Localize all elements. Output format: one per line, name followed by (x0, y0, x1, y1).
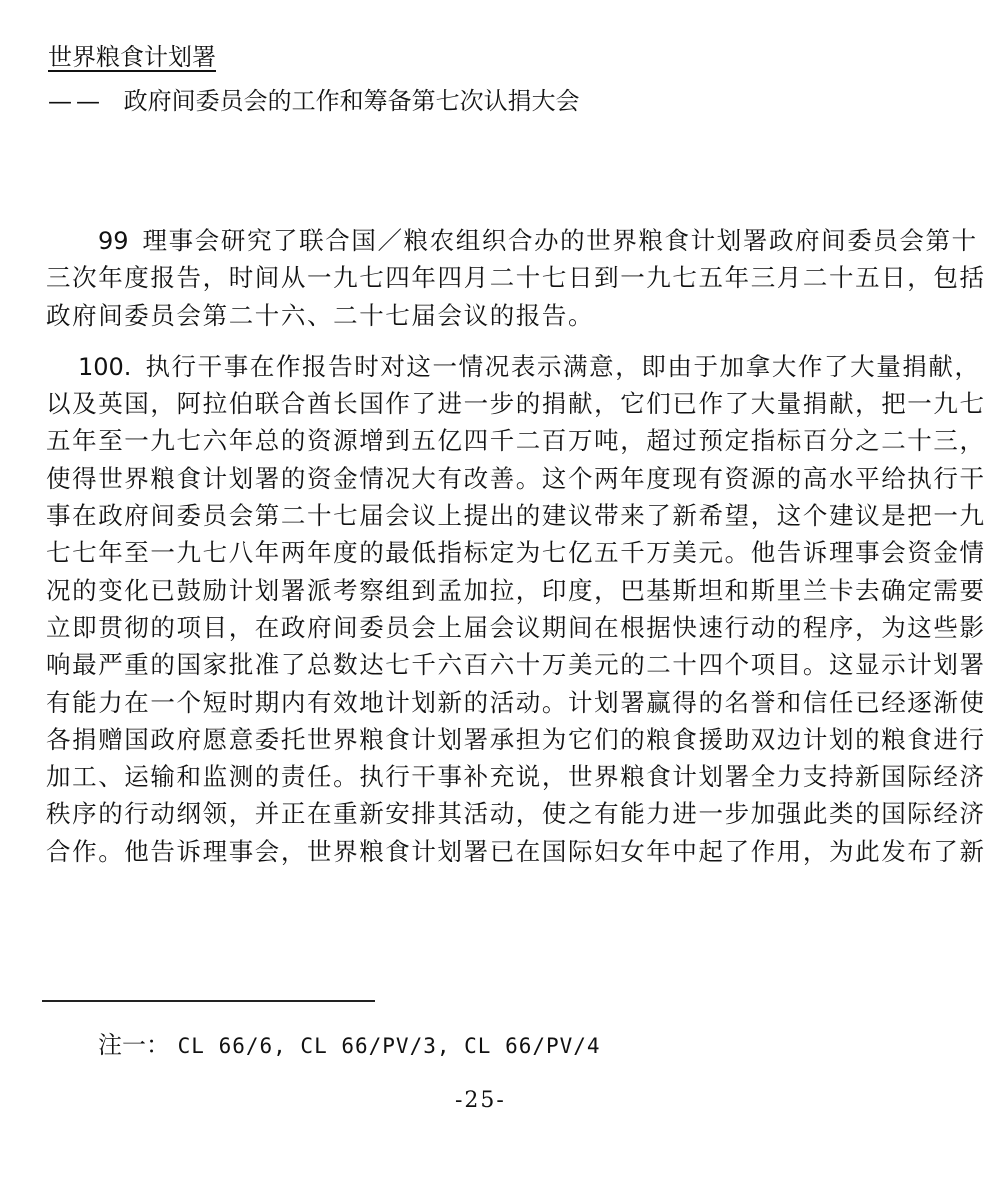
paragraph-100-line: 响最严重的国家批准了总数达七千六百六十万美元的二十四个项目。这显示计划署 (46, 646, 966, 683)
paragraph-gap (46, 334, 966, 348)
paragraph-100-line: 七七年至一九七八年两年度的最低指标定为七亿五千万美元。他告诉理事会资金情 (46, 534, 966, 571)
paragraph-100-line: 合作。他告诉理事会，世界粮食计划署已在国际妇女年中起了作用，为此发布了新 (46, 833, 966, 870)
paragraph-99-line: 三次年度报告，时间从一九七四年四月二十七日到一九七五年三月二十五日，包括 (46, 259, 966, 296)
paragraph-100-line: 秩序的行动纲领，并正在重新安排其活动，使之有能力进一步加强此类的国际经济 (46, 795, 966, 832)
paragraph-100-line: 各捐赠国政府愿意委托世界粮食计划署承担为它们的粮食援助双边计划的粮食进行 (46, 721, 966, 758)
line-text: 理事会研究了联合国／粮农组织合办的世界粮食计划署政府间委员会第十 (143, 226, 978, 255)
paragraph-100-line: 有能力在一个短时期内有效地计划新的活动。计划署赢得的名誉和信任已经逐渐使 (46, 684, 966, 721)
paragraph-100-line: 使得世界粮食计划署的资金情况大有改善。这个两年度现有资源的高水平给执行干 (46, 460, 966, 497)
document-page: 世界粮食计划署 —— 政府间委员会的工作和筹备第七次认捐大会 99理事会研究了联… (0, 0, 1000, 1186)
paragraph-100-line: 况的变化已鼓励计划署派考察组到孟加拉，印度，巴基斯坦和斯里兰卡去确定需要 (46, 572, 966, 609)
paragraph-100-line: 加工、运输和监测的责任。执行干事补充说，世界粮食计划署全力支持新国际经济 (46, 758, 966, 795)
footnote: 注一： CL 66/6, CL 66/PV/3, CL 66/PV/4 (98, 1030, 601, 1061)
paragraph-100-line: 事在政府间委员会第二十七届会议上提出的建议带来了新希望，这个建议是把一九 (46, 497, 966, 534)
paragraph-100-line: 以及英国，阿拉伯联合酋长国作了进一步的捐献，它们已作了大量捐献，把一九七 (46, 385, 966, 422)
paragraph-number: 99 (98, 227, 129, 255)
paragraph-100-line: 立即贯彻的项目，在政府间委员会上届会议期间在根据快速行动的程序，为这些影 (46, 609, 966, 646)
paragraph-100-line: 100.执行干事在作报告时对这一情况表示满意，即由于加拿大作了大量捐献， (46, 348, 966, 385)
paragraph-99-line: 政府间委员会第二十六、二十七届会议的报告。 (46, 297, 966, 334)
subtitle-dash: —— (48, 86, 116, 116)
page-number: -25- (455, 1087, 506, 1115)
footnote-label: 注一： (98, 1031, 170, 1059)
footnote-divider (42, 1000, 375, 1002)
line-text: 执行干事在作报告时对这一情况表示满意，即由于加拿大作了大量捐献， (145, 352, 980, 381)
paragraph-100-line: 五年至一九七六年总的资源增到五亿四千二百万吨，超过预定指标百分之二十三， (46, 422, 966, 459)
paragraph-99-line: 99理事会研究了联合国／粮农组织合办的世界粮食计划署政府间委员会第十 (46, 222, 966, 259)
document-title: 世界粮食计划署 (48, 42, 216, 72)
paragraph-number: 100. (78, 353, 131, 381)
subtitle-text: 政府间委员会的工作和筹备第七次认捐大会 (124, 87, 580, 115)
body-text: 99理事会研究了联合国／粮农组织合办的世界粮食计划署政府间委员会第十 三次年度报… (46, 222, 966, 870)
document-subtitle: —— 政府间委员会的工作和筹备第七次认捐大会 (48, 86, 580, 116)
footnote-references: CL 66/6, CL 66/PV/3, CL 66/PV/4 (178, 1034, 601, 1058)
